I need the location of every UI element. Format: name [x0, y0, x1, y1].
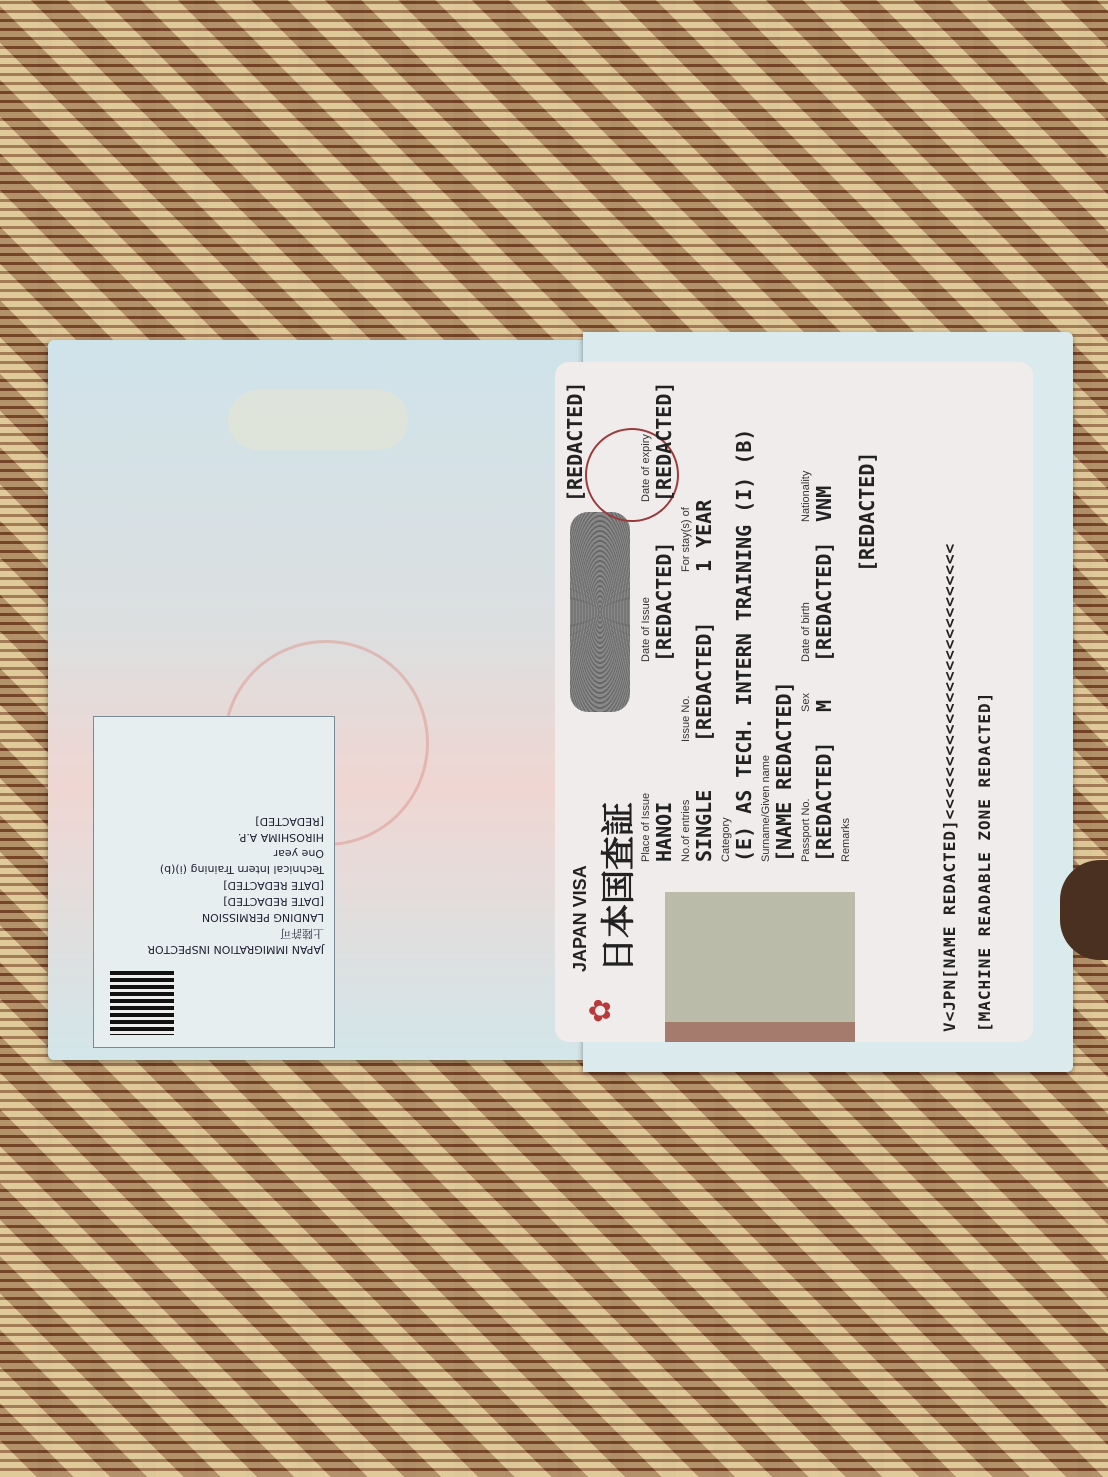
holder-name: [NAME REDACTED] [772, 681, 796, 862]
nationality: VNM [812, 486, 836, 522]
visa-title: JAPAN VISA [570, 802, 591, 972]
stamp-header: JAPAN IMMIGRATION INSPECTOR [147, 941, 324, 957]
stamp-date: [DATE REDACTED] [147, 893, 324, 909]
hologram-pattern [570, 512, 630, 712]
mrz-line-2: [MACHINE READABLE ZONE REDACTED] [975, 692, 994, 1032]
place-of-issue: HANOI [652, 802, 676, 862]
stamp-until: [DATE REDACTED] [147, 877, 324, 893]
landing-permission-stamp: JAPAN IMMIGRATION INSPECTOR 上陸許可 LANDING… [93, 716, 335, 1048]
holder-photo [665, 892, 855, 1022]
date-of-birth: [REDACTED] [812, 542, 836, 662]
visa-sticker: ✿ JAPAN VISA 日本国査証 [REDACTED] Place of I… [555, 362, 1033, 1042]
stamp-duration: One year [147, 845, 324, 861]
stamp-title: LANDING PERMISSION [147, 909, 324, 925]
photo-band [665, 1022, 855, 1042]
visa-title-jp: 日本国査証 [591, 802, 640, 972]
passport-number: [REDACTED] [812, 742, 836, 862]
stamp-port: HIROSHIMA A.P. [147, 829, 324, 845]
date-of-issue: [REDACTED] [652, 542, 676, 662]
visa-category: (E) AS TECH. INTERN TRAINING (I) (B) [732, 429, 756, 862]
stamp-serial: [REDACTED] [147, 813, 324, 829]
sex: M [812, 700, 836, 712]
issue-number: [REDACTED] [692, 622, 716, 742]
stamp-title-jp: 上陸許可 [147, 925, 324, 941]
control-number: [REDACTED] [563, 382, 587, 502]
number-of-entries: SINGLE [692, 790, 716, 862]
qr-code-icon [110, 971, 174, 1035]
stay-duration: 1 YEAR [692, 500, 716, 572]
date-of-expiry: [REDACTED] [652, 382, 676, 502]
passport-left-page: JAPAN IMMIGRATION INSPECTOR 上陸許可 LANDING… [48, 340, 583, 1060]
cherry-blossom-icon: ✿ [575, 999, 619, 1022]
mrz-line-1: V<JPN[NAME REDACTED]<<<<<<<<<<<<<<<<<<<<… [940, 543, 959, 1032]
ornament-icon [228, 390, 408, 450]
visa-number: [REDACTED] [855, 452, 879, 572]
stamp-status: Technical Intern Training (i)(b) [147, 861, 324, 877]
